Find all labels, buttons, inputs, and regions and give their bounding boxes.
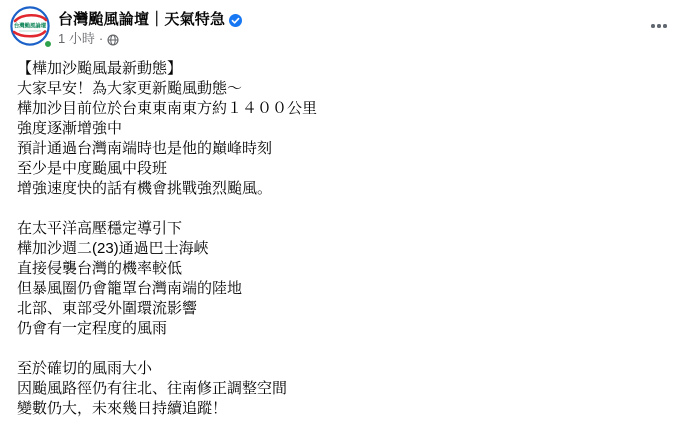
online-status-indicator [43,39,53,49]
avatar-logo-text: 台灣颱風論壇 [14,22,47,30]
avatar[interactable]: 台灣颱風論壇 [10,6,50,46]
header-text: 台灣颱風論壇｜天氣特急 1 小時 · [58,6,677,47]
meta-separator: · [99,31,103,47]
timestamp[interactable]: 1 小時 [58,31,95,47]
ellipsis-icon [651,24,655,28]
page-name-row: 台灣颱風論壇｜天氣特急 [58,10,677,29]
more-options-button[interactable] [643,14,675,38]
ellipsis-icon [663,24,667,28]
ellipsis-icon [657,24,661,28]
facebook-post: 台灣颱風論壇 台灣颱風論壇｜天氣特急 1 小時 · [0,0,693,427]
post-meta: 1 小時 · [58,31,677,47]
verified-badge-icon [229,14,242,27]
post-text: 【樺加沙颱風最新動態】 大家早安！為大家更新颱風動態～ 樺加沙目前位於台東東南東… [0,47,693,419]
page-name[interactable]: 台灣颱風論壇｜天氣特急 [58,10,225,29]
post-header: 台灣颱風論壇 台灣颱風論壇｜天氣特急 1 小時 · [0,0,693,47]
globe-icon [107,34,119,46]
